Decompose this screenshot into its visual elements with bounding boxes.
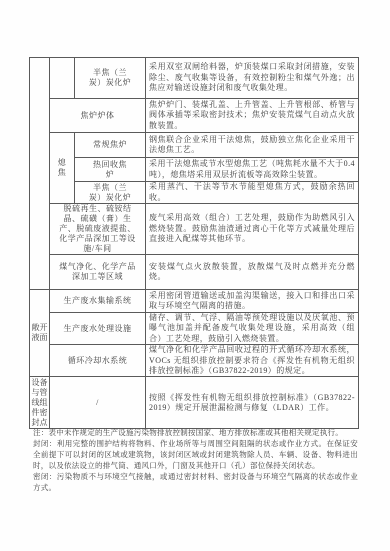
cell-requirement-desulfurization-facilities: 废气采用高效（组合）工艺处理，鼓励作为助燃风引入燃烧装置。鼓励焦油渣通过离心干化… — [146, 204, 359, 255]
cell-requirement-ldar: 按照《挥发性有机物无组织排放控制标准》（GB37822-2019）规定开展泄漏检… — [146, 377, 359, 429]
process-control-table: 半焦（兰 炭）炭化炉 采用双室双闸给料器，炉顶装煤口采取封闭措施，安装除尘、废气… — [29, 57, 359, 429]
cell-requirement-coke-oven-body: 焦炉炉门、装煤孔盖、上升管盖、上升管根部、桥管与阀体承插等采取密封技术；焦炉安装… — [146, 99, 359, 133]
footnotes: 注：表中未作规定的生产设施污染物排放控制按国家、地方排放标准或其他相关规定执行。… — [33, 428, 358, 493]
table-row: 热回收焦 炉 采用干法熄焦或节水型熄焦工艺（吨焦耗水量不大于0.4吨），熄焦塔采… — [30, 158, 359, 182]
cell-category-continuation — [30, 58, 50, 290]
document-page: 半焦（兰 炭）炭化炉 采用双室双闸给料器，炉顶装煤口采取封闭措施，安装除尘、废气… — [0, 0, 390, 551]
table-row: 循环冷却水系统 煤气净化和化学产品回收过程的开式循环冷却水系统，VOCs 无组织… — [30, 345, 359, 377]
cell-subcategory-continuation — [50, 58, 75, 99]
table-row: 设备与管线组件密封点 / 按照《挥发性有机物无组织排放控制标准》（GB37822… — [30, 377, 359, 429]
footnote-enclosed-definition: 封闭：利用完整的围护结构将物料、作业场所等与周围空间阻隔的状态或作业方式。在保证… — [33, 439, 358, 472]
table-row: 熄焦 常规焦炉 钢焦联合企业采用干法熄焦，鼓励独立焦化企业采用干法熄焦工艺。 — [30, 133, 359, 158]
cell-label-heat-recovery-oven: 热回收焦 炉 — [75, 158, 146, 182]
table-row: 煤气净化、化学产品深加工等区域 安装煤气点火放散装置，放散煤气及时点燃并充分燃烧… — [30, 255, 359, 290]
cell-label-wastewater-collection: 生产废水集输系统 — [50, 290, 146, 313]
cell-requirement-semi-coke-furnace-quench: 采用蒸汽、干法等节水节能型熄焦方式，鼓励余热回收。 — [146, 182, 359, 204]
footnote-sealed-definition: 密闭：污染物质不与环境空气接触，或通过密封材料、密封设备与环境空气隔离的状态或作… — [33, 472, 358, 494]
cell-label-gas-purification-area: 煤气净化、化学产品深加工等区域 — [50, 255, 146, 290]
cell-label-quenching: 熄焦 — [50, 133, 75, 204]
cell-label-conventional-coke-oven: 常规焦炉 — [75, 133, 146, 158]
cell-requirement-gas-purification-area: 安装煤气点火放散装置，放散煤气及时点燃并充分燃烧。 — [146, 255, 359, 290]
table-row: 半焦（兰 炭）炭化炉 采用双室双闸给料器，炉顶装煤口采取封闭措施，安装除尘、废气… — [30, 58, 359, 99]
cell-requirement-wastewater-collection: 采用密闭管道输送或加盖沟渠输送，接入口和排出口采取与环境空气隔离的措施。 — [146, 290, 359, 313]
cell-label-coke-oven-body: 焦炉炉体 — [50, 99, 146, 133]
footnote-general: 注：表中未作规定的生产设施污染物排放控制按国家、地方排放标准或其他相关规定执行。 — [33, 428, 358, 439]
cell-requirement-heat-recovery-oven: 采用干法熄焦或节水型熄焦工艺（吨焦耗水量不大于0.4吨），熄焦塔采用双层折流板等… — [146, 158, 359, 182]
table-row: 焦炉炉体 焦炉炉门、装煤孔盖、上升管盖、上升管根部、桥管与阀体承插等采取密封技术… — [30, 99, 359, 133]
cell-category-equipment-pipeline-seal-points: 设备与管线组件密封点 — [30, 377, 50, 429]
cell-requirement-circulating-cooling-water: 煤气净化和化学产品回收过程的开式循环冷却水系统，VOCs 无组织排放控制要求符合… — [146, 345, 359, 377]
cell-label-semi-coke-furnace-quench: 半焦（兰 炭）炭化炉 — [75, 182, 146, 204]
cell-requirement-conventional-coke-oven: 钢焦联合企业采用干法熄焦，鼓励独立焦化企业采用干法熄焦工艺。 — [146, 133, 359, 158]
cell-label-circulating-cooling-water: 循环冷却水系统 — [50, 345, 146, 377]
cell-requirement-semi-coke-furnace: 采用双室双闸给料器，炉顶装煤口采取封闭措施，安装除尘、废气收集等设备，有效控制粉… — [146, 58, 359, 99]
cell-requirement-wastewater-treatment: 储存、调节、气浮、隔油等预处理设施以及厌氧池、预曝气池加盖并配备废气收集处理设施… — [146, 313, 359, 345]
table-row: 生产废水处理设施 储存、调节、气浮、隔油等预处理设施以及厌氧池、预曝气池加盖并配… — [30, 313, 359, 345]
cell-label-wastewater-treatment: 生产废水处理设施 — [50, 313, 146, 345]
cell-label-semi-coke-furnace: 半焦（兰 炭）炭化炉 — [75, 58, 146, 99]
table-row: 半焦（兰 炭）炭化炉 采用蒸汽、干法等节水节能型熄焦方式，鼓励余热回收。 — [30, 182, 359, 204]
table-row: 脱硫再生、硫铵结晶、硫磺（膏）生产、脱硫废液提盐、化学产品深加工等设施/车间 废… — [30, 204, 359, 255]
cell-category-open-liquid-surface: 敞开液面 — [30, 290, 50, 377]
cell-label-slash: / — [50, 377, 146, 429]
cell-label-desulfurization-facilities: 脱硫再生、硫铵结晶、硫磺（膏）生产、脱硫废液提盐、化学产品深加工等设施/车间 — [50, 204, 146, 255]
table-row: 敞开液面 生产废水集输系统 采用密闭管道输送或加盖沟渠输送，接入口和排出口采取与… — [30, 290, 359, 313]
